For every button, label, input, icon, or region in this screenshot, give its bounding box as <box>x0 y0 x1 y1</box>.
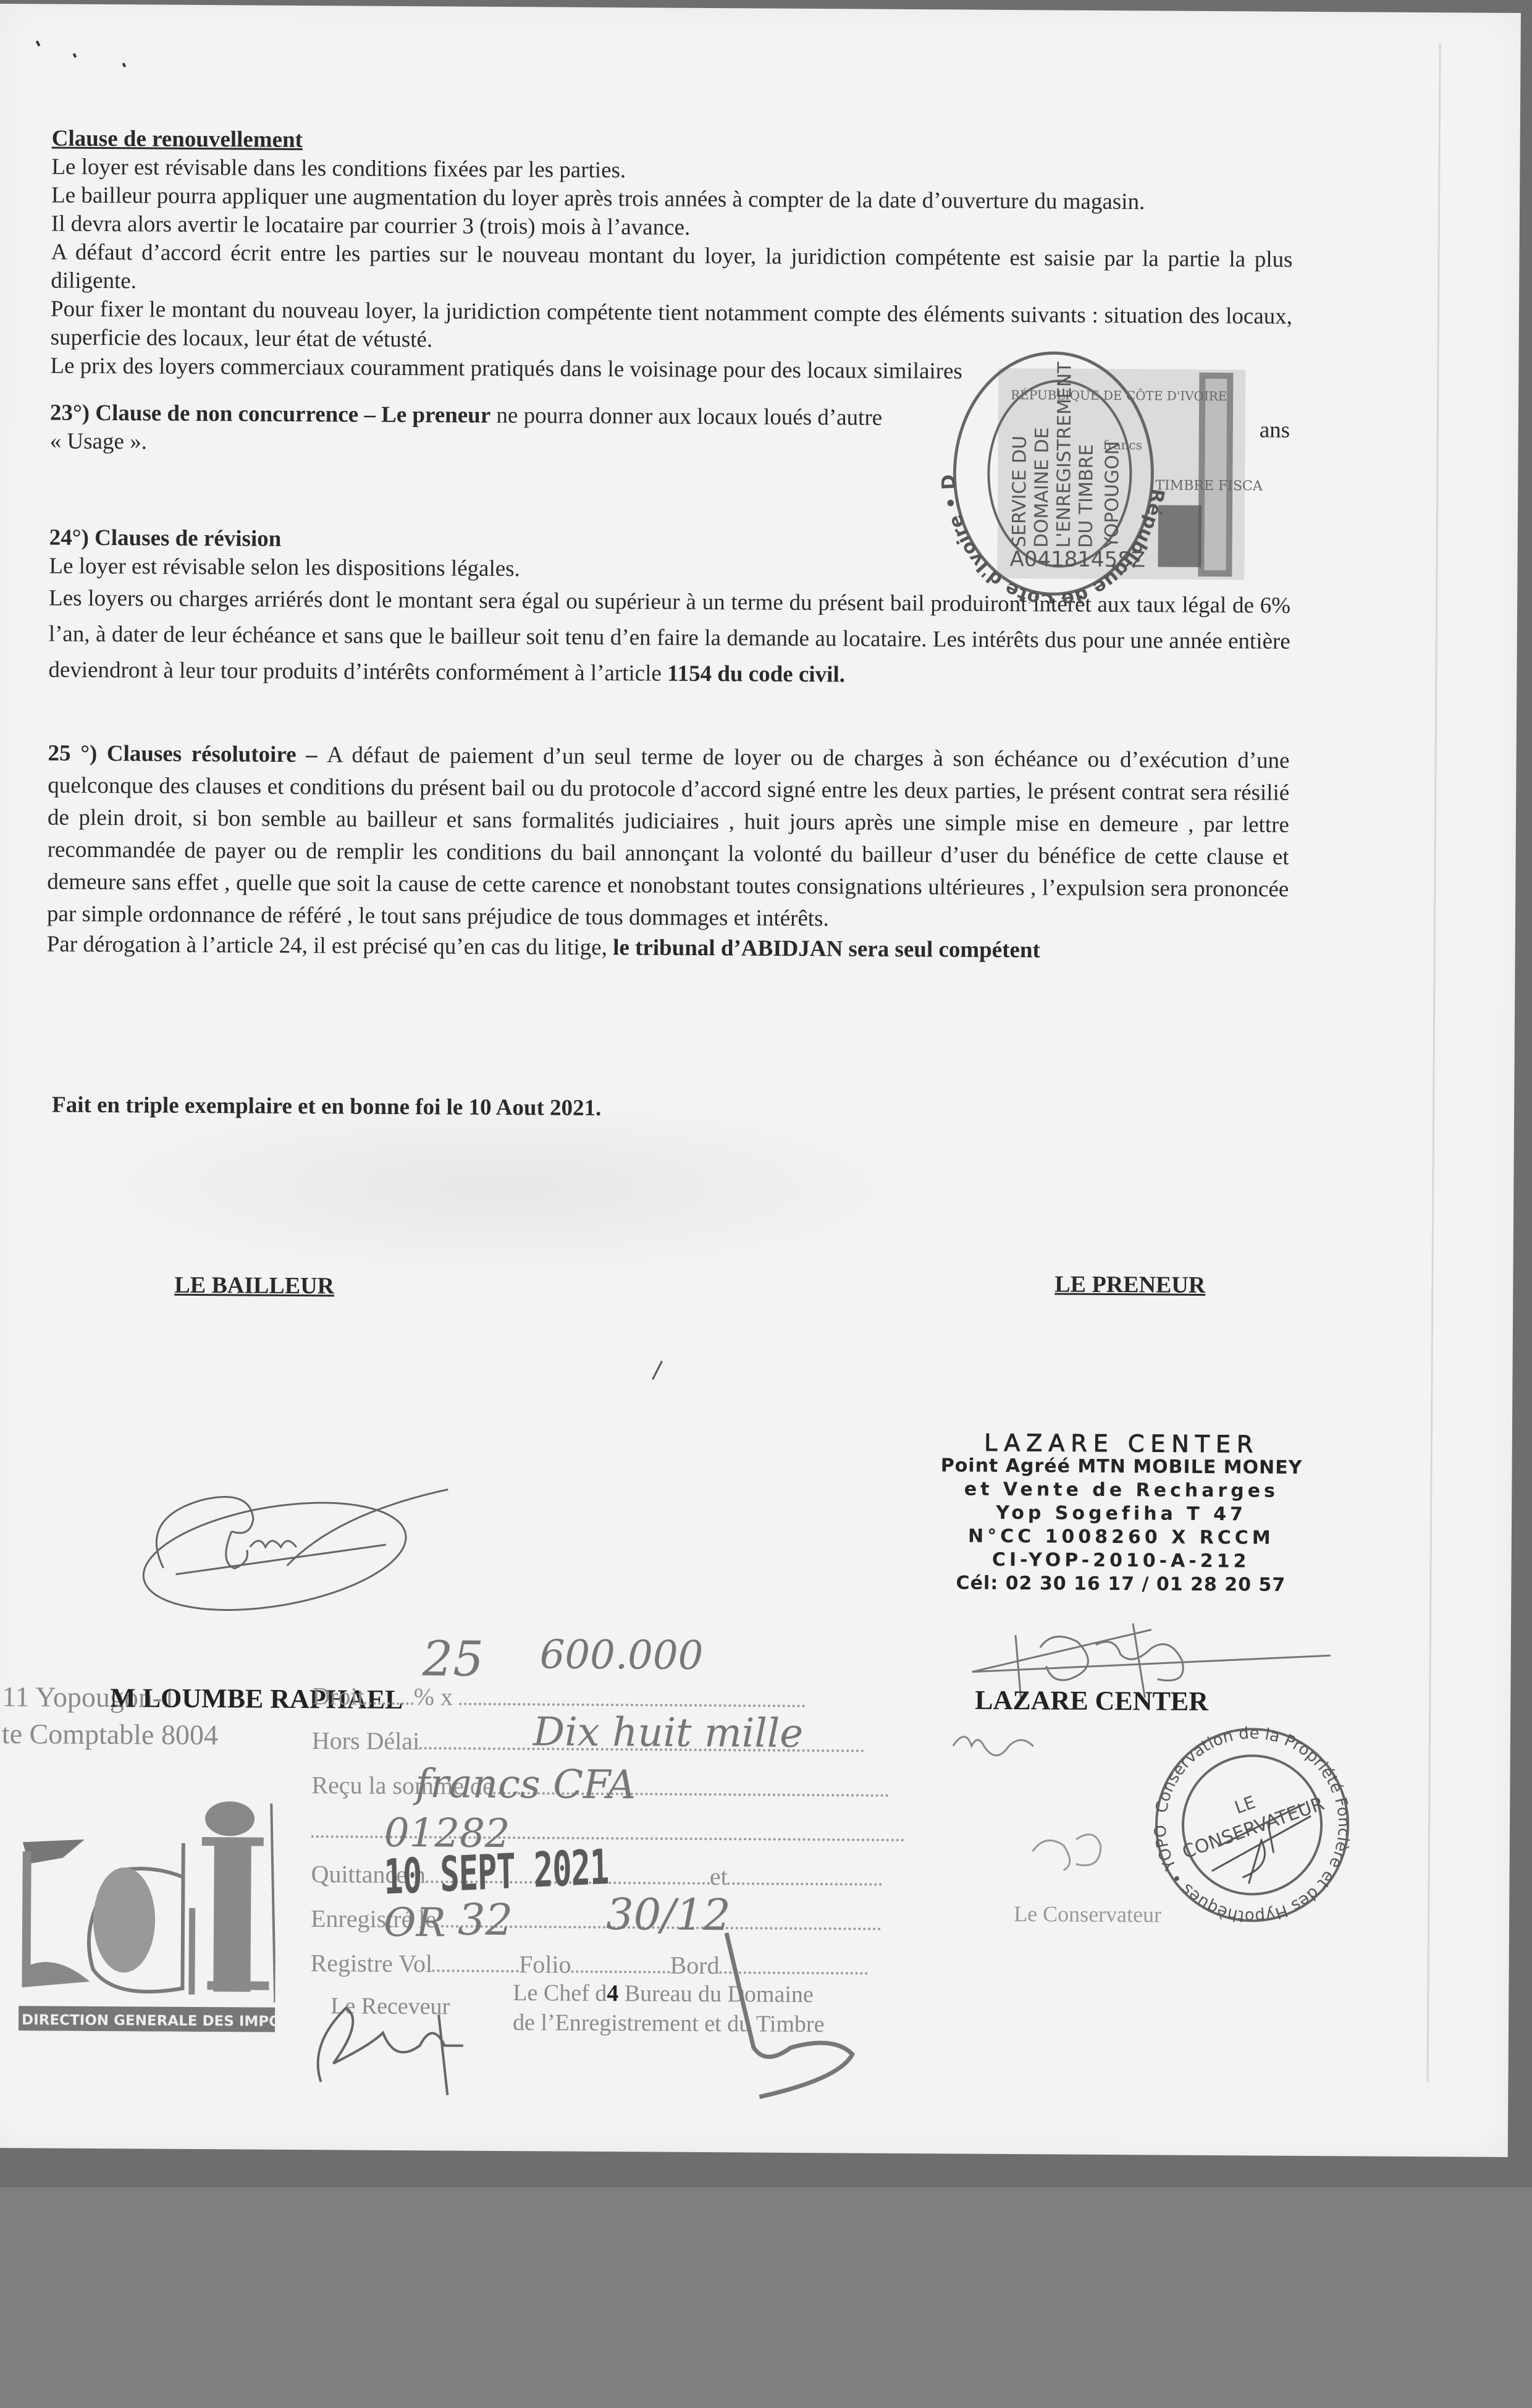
svg-text:A04181458Z: A04181458Z <box>1009 547 1145 572</box>
clause-24-heading: 24°) Clauses de révision <box>49 525 282 552</box>
clause-25-para: 25 °) Clauses résolutoire – A défaut de … <box>47 737 1290 937</box>
clause-25-heading: 25 °) Clauses résolutoire – <box>48 740 327 767</box>
handwritten-droit-rate: 25 <box>422 1631 484 1688</box>
page-fold-line <box>1426 43 1441 2082</box>
clause-23-text-end: ans <box>1260 416 1290 444</box>
document-page: Clause de renouvellement Le loyer est ré… <box>0 4 1521 2157</box>
handwritten-bord: 30/12 <box>606 1889 731 1940</box>
conservateur-label: Le Conservateur <box>1014 1901 1161 1927</box>
svg-text:SERVICE DU: SERVICE DU <box>1009 436 1031 547</box>
bailleur-signature-icon <box>126 1444 473 1619</box>
handwritten-droit-base: 600.000 <box>539 1632 703 1679</box>
preneur-company-stamp: LAZARE CENTER Point Agréé MTN MOBILE MON… <box>892 1430 1350 1598</box>
svg-text:L'ENREGISTREMENT: L'ENREGISTREMENT <box>1053 361 1076 548</box>
svg-text:DIRECTION GENERALE DES IMPOTS: DIRECTION GENERALE DES IMPOTS <box>22 2012 276 2030</box>
receveur-label: Le Receveur <box>330 1992 450 2020</box>
dgi-logo-icon: DIRECTION GENERALE DES IMPOTS <box>3 1783 276 2032</box>
preneur-title: LE PRENEUR <box>1054 1270 1205 1298</box>
clause-23-text: ne pourra donner aux locaux loués d’autr… <box>490 403 882 431</box>
svg-text:DU TIMBRE: DU TIMBRE <box>1075 444 1098 548</box>
handwritten-amount-currency: francs CFA <box>415 1761 636 1808</box>
closing-statement: Fait en triple exemplaire et en bonne fo… <box>52 1092 602 1122</box>
handwritten-folio: 32 <box>458 1895 513 1946</box>
bailleur-title: LE BAILLEUR <box>174 1272 334 1300</box>
svg-text:RÉPUBLIQUE DE CÔTE D'IVOIRE: RÉPUBLIQUE DE CÔTE D'IVOIRE <box>1011 387 1227 403</box>
clause-23-heading: 23°) Clause de non concurrence – Le pren… <box>50 400 491 428</box>
clause-23: 23°) Clause de non concurrence – Le pren… <box>50 399 983 433</box>
chef-bureau-label: Le Chef d4 Bureau du Domaine de l’Enregi… <box>513 1978 825 2039</box>
preneur-name: LAZARE CENTER <box>975 1684 1208 1717</box>
svg-text:TIMBRE FISCAL: TIMBRE FISCAL <box>1155 478 1264 494</box>
svg-text:YOPOUGON: YOPOUGON <box>1101 441 1124 549</box>
conservateur-seal-icon: Conservation de la Propriété Foncière et… <box>1150 1722 1355 1927</box>
svg-text:DOMAINE DE: DOMAINE DE <box>1031 427 1053 547</box>
renewal-line: A défaut d’accord écrit entre les partie… <box>51 239 1293 303</box>
clause-renewal-heading: Clause de renouvellement <box>52 126 303 153</box>
handwritten-registre-vol: OR <box>384 1900 446 1946</box>
handwritten-amount-words: Dix huit mille <box>533 1709 804 1757</box>
svg-text:LE: LE <box>1232 1792 1258 1818</box>
fiscal-stamp-seal-icon: RÉPUBLIQUE DE CÔTE D'IVOIRE francs TIMBR… <box>917 343 1265 604</box>
